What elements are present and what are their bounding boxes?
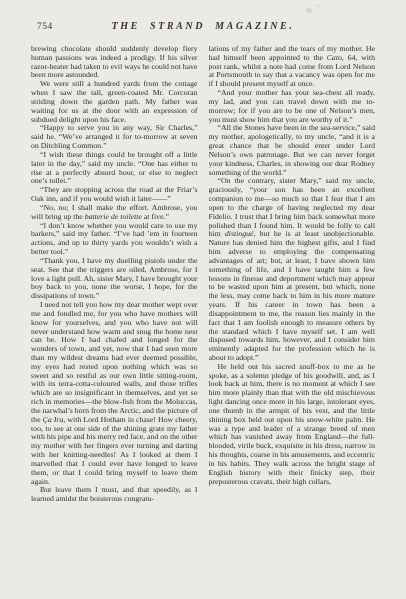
paragraph: “On the contrary, sister Mary,” said my … <box>209 177 376 362</box>
paragraph: “I wish these things could be brought of… <box>31 151 198 186</box>
left-column: brewing chocolate should suddenly develo… <box>31 45 198 566</box>
paragraph: “They are stopping across the road at th… <box>31 186 198 204</box>
paragraph: “Thank you, I have my duelling pistols u… <box>31 257 198 301</box>
paragraph: “No, no; I shall make the effort. Ambros… <box>31 204 198 222</box>
scan-artifact <box>306 8 312 13</box>
page-number: 754 <box>37 22 53 32</box>
page-header: 754 THE STRAND MAGAZINE. <box>0 21 406 35</box>
paragraph: lations of my father and the tears of my… <box>209 45 376 89</box>
text-columns: brewing chocolate should suddenly develo… <box>31 45 375 566</box>
paragraph: “Happy to serve you in any way, Sir Char… <box>31 124 198 150</box>
magazine-title: THE STRAND MAGAZINE. <box>0 21 406 32</box>
paragraph: I need not tell you how my dear mother w… <box>31 301 198 486</box>
paragraph: We were still a hundred yards from the c… <box>31 80 198 124</box>
paragraph: “And your mother has your sea-chest all … <box>209 89 376 124</box>
paragraph: He held out his sacred snuff-box to me a… <box>209 363 376 487</box>
paragraph: But leave them I must, and that speedily… <box>31 486 198 504</box>
right-column: lations of my father and the tears of my… <box>209 45 376 566</box>
paragraph: brewing chocolate should suddenly develo… <box>31 45 198 80</box>
magazine-page: 754 THE STRAND MAGAZINE. brewing chocola… <box>0 0 406 599</box>
scan-artifact-small <box>316 4 319 7</box>
paragraph: “I don’t know whether you would care to … <box>31 222 198 257</box>
paragraph: “All the Stones have been in the sea-ser… <box>209 124 376 177</box>
